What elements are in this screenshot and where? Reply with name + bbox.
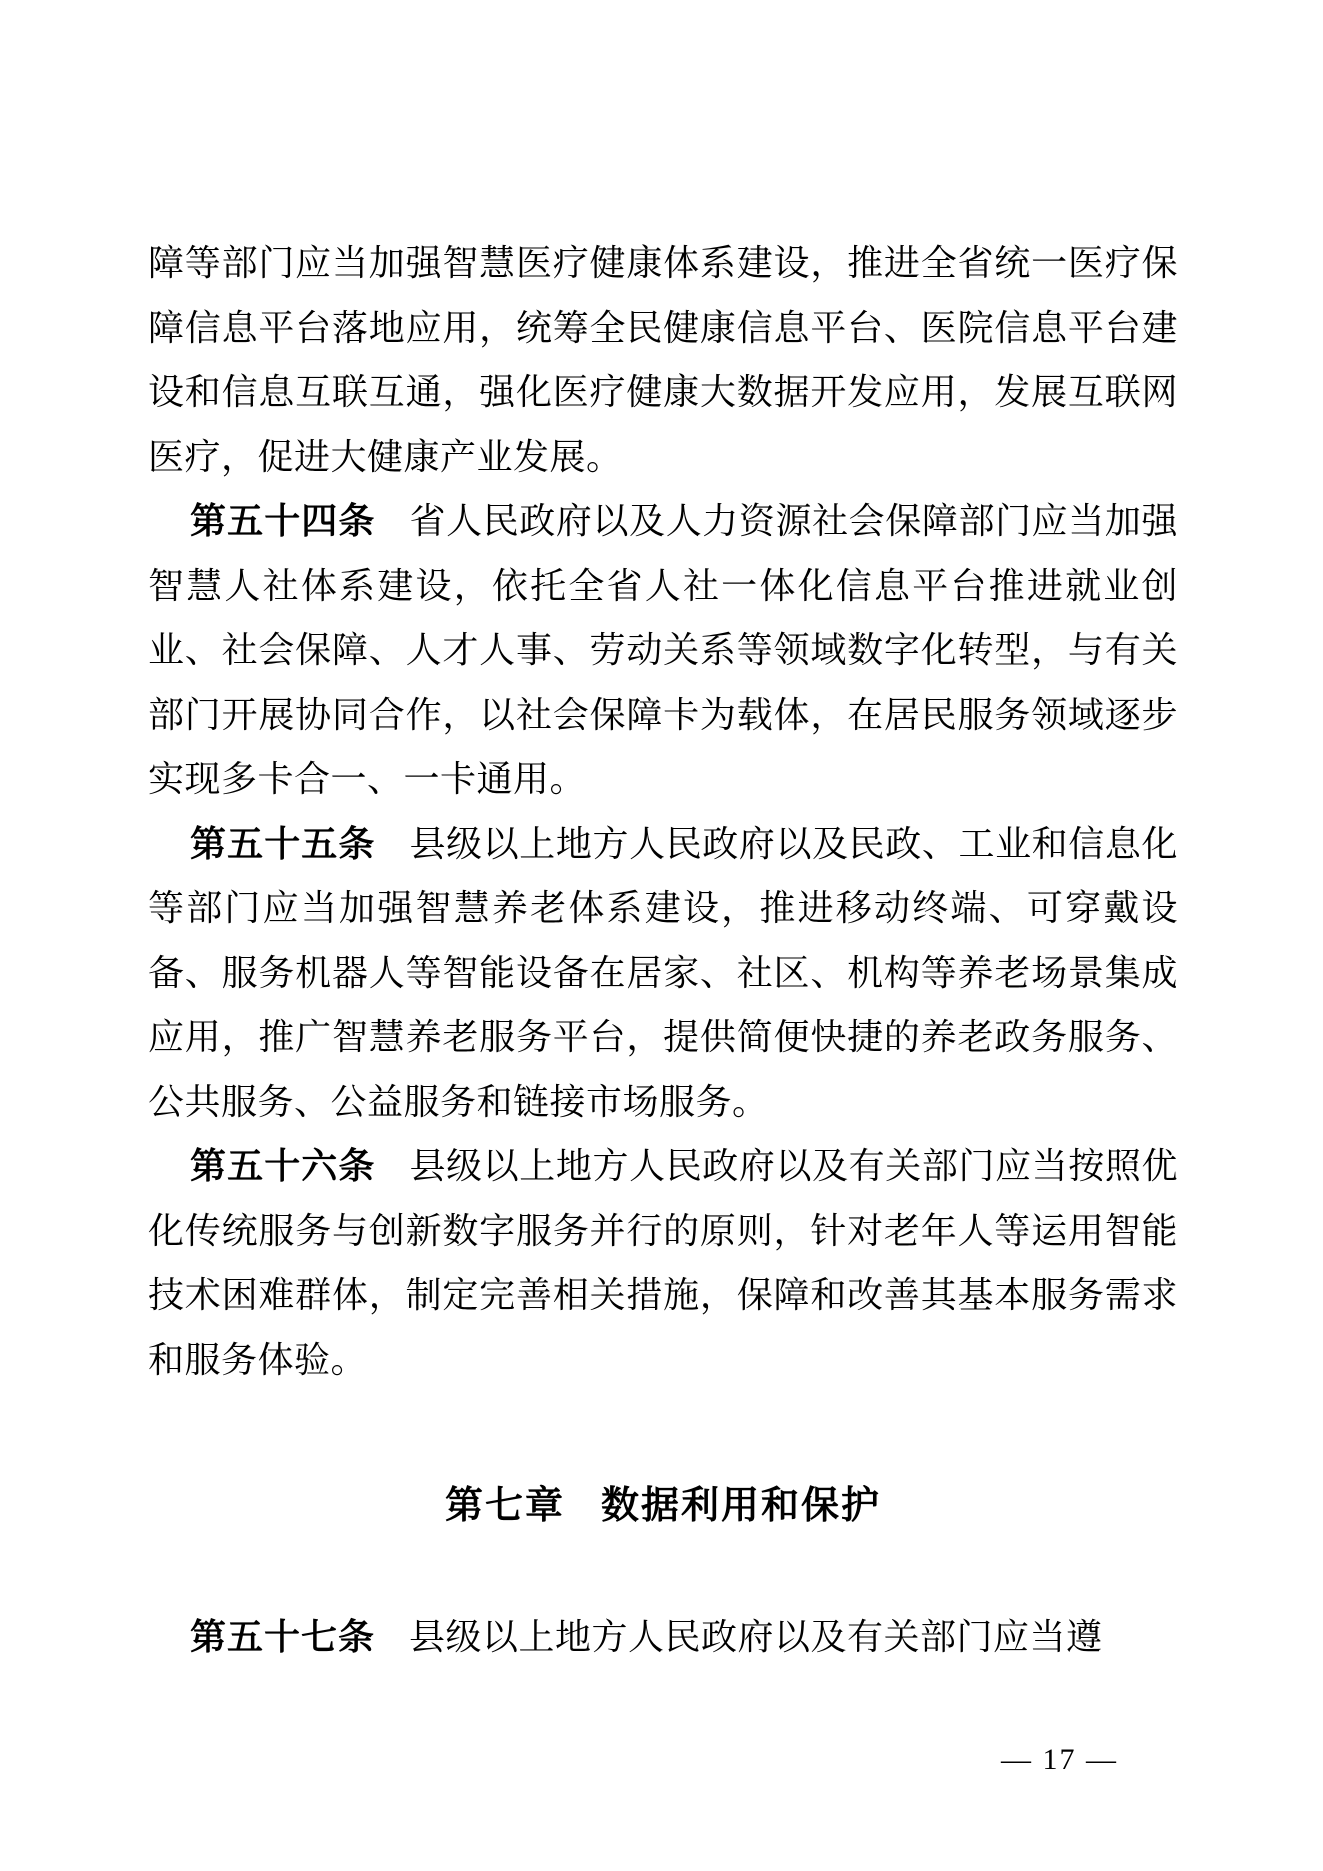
article-paragraph-54: 第五十四条省人民政府以及人力资源社会保障部门应当加强智慧人社体系建设，依托全省人… <box>148 489 1178 812</box>
article-term: 第五十五条 <box>190 823 376 864</box>
article-paragraph-57: 第五十七条县级以上地方人民政府以及有关部门应当遵 <box>148 1605 1178 1670</box>
article-text: 县级以上地方人民政府以及民政、工业和信息化等部门应当加强智慧养老体系建设，推进移… <box>148 824 1178 1122</box>
chapter-heading: 第七章数据利用和保护 <box>148 1474 1178 1539</box>
chapter-title: 数据利用和保护 <box>601 1485 881 1527</box>
article-term: 第五十七条 <box>190 1616 375 1657</box>
chapter-number: 第七章 <box>445 1485 565 1527</box>
article-text: 县级以上地方人民政府以及有关部门应当遵 <box>409 1617 1103 1657</box>
document-body: 障等部门应当加强智慧医疗健康体系建设，推进全省统一医疗保障信息平台落地应用，统筹… <box>148 231 1178 1669</box>
article-term: 第五十六条 <box>190 1145 376 1186</box>
article-term: 第五十四条 <box>190 500 376 541</box>
page-number: — 17 — <box>1001 1742 1118 1778</box>
article-paragraph-56: 第五十六条县级以上地方人民政府以及有关部门应当按照优化传统服务与创新数字服务并行… <box>148 1134 1178 1392</box>
document-page: 障等部门应当加强智慧医疗健康体系建设，推进全省统一医疗保障信息平台落地应用，统筹… <box>0 0 1323 1871</box>
paragraph-continuation: 障等部门应当加强智慧医疗健康体系建设，推进全省统一医疗保障信息平台落地应用，统筹… <box>148 231 1178 489</box>
paragraph-text: 障等部门应当加强智慧医疗健康体系建设，推进全省统一医疗保障信息平台落地应用，统筹… <box>148 243 1178 477</box>
article-paragraph-55: 第五十五条县级以上地方人民政府以及民政、工业和信息化等部门应当加强智慧养老体系建… <box>148 812 1178 1135</box>
article-text: 省人民政府以及人力资源社会保障部门应当加强智慧人社体系建设，依托全省人社一体化信… <box>148 501 1178 799</box>
